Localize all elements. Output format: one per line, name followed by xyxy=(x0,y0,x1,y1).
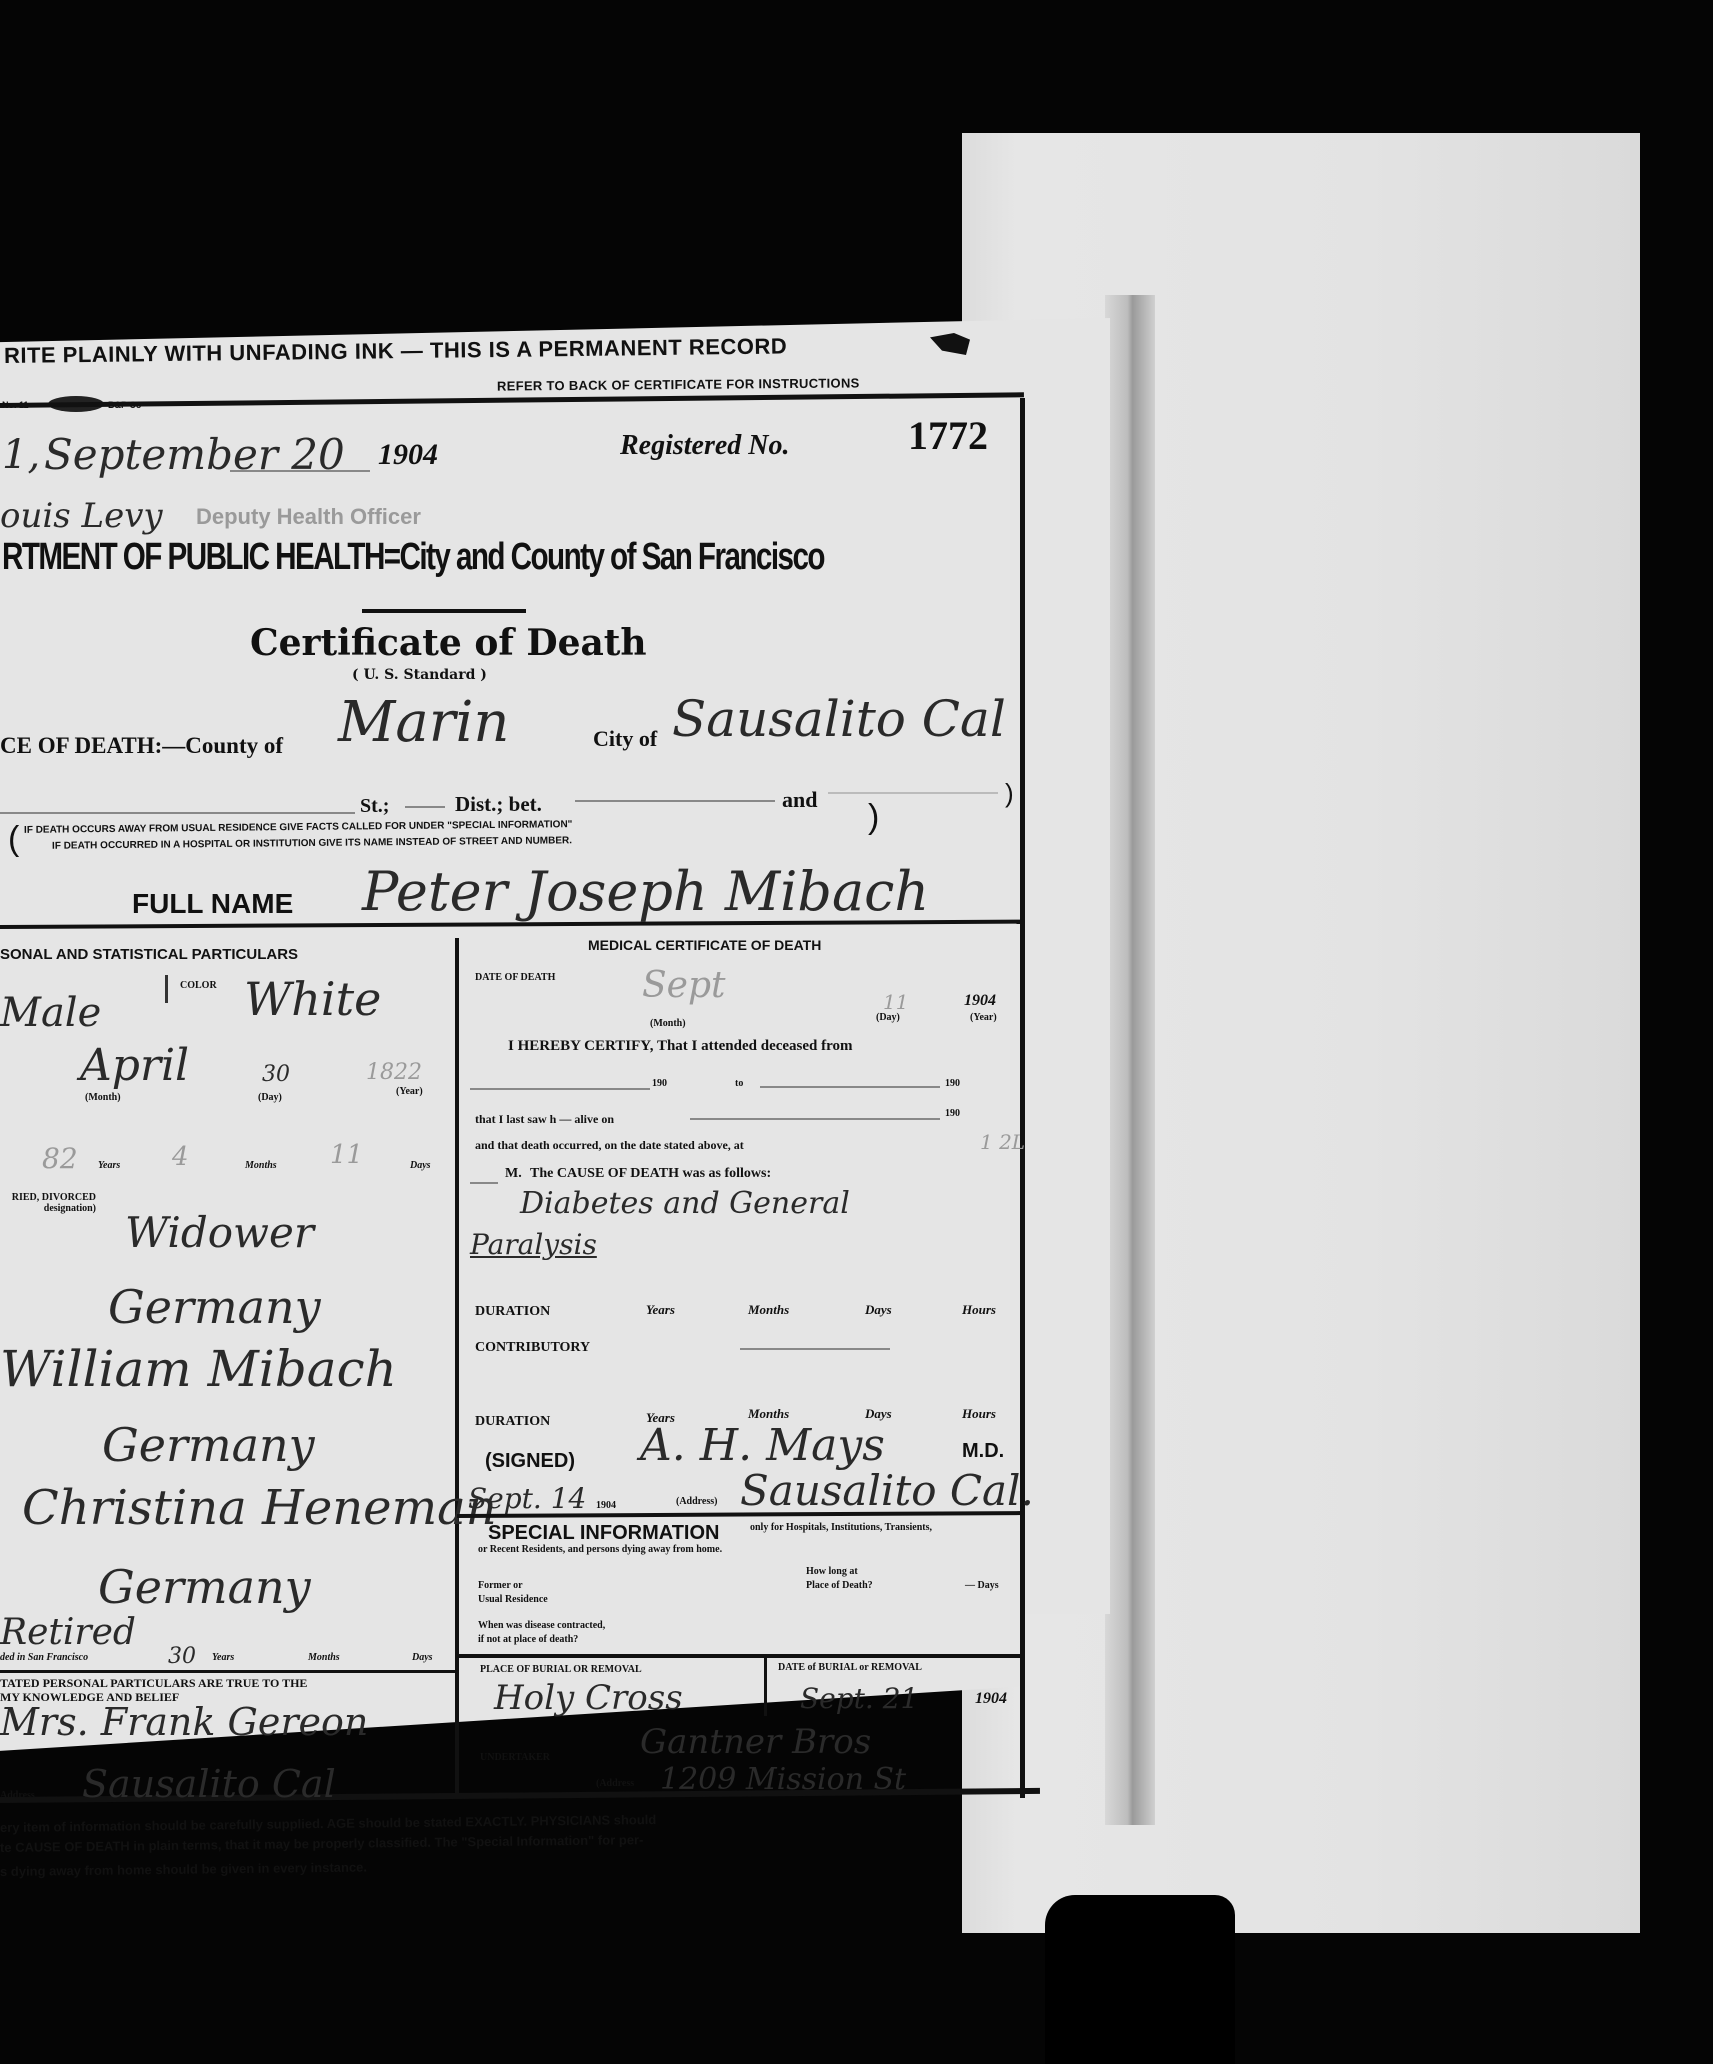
full-name-value: Peter Joseph Mibach xyxy=(362,860,929,923)
burial-rule xyxy=(457,1654,1022,1658)
duration-label: DURATION xyxy=(475,1304,550,1320)
age-months: 4 xyxy=(172,1142,189,1172)
cause-label: The CAUSE OF DEATH was as follows: xyxy=(530,1166,771,1182)
color-value: White xyxy=(244,972,381,1026)
duration-hours: Hours xyxy=(962,1302,996,1318)
note-open-paren: ( xyxy=(8,820,19,859)
age-days: 11 xyxy=(330,1140,363,1170)
to-year: 190 xyxy=(945,1078,960,1089)
department-title: RTMENT OF PUBLIC HEALTH=City and County … xyxy=(2,536,824,579)
duration-days: Days xyxy=(865,1302,892,1318)
informant-address-label: Address xyxy=(0,1790,35,1801)
city-label: City of xyxy=(593,726,657,752)
age-days-label: Days xyxy=(410,1160,431,1171)
residence-months-label: Months xyxy=(308,1652,340,1663)
and-label: and xyxy=(782,787,817,813)
health-officer-signature: ouis Levy xyxy=(0,496,163,536)
medical-heading: MEDICAL CERTIFICATE OF DEATH xyxy=(588,937,821,953)
and-line xyxy=(828,792,998,794)
contracted-label-2: if not at place of death? xyxy=(478,1634,578,1645)
dark-occlusion xyxy=(1045,1895,1235,2064)
md-label: M.D. xyxy=(962,1440,1004,1463)
filed-year: 1904 xyxy=(378,438,438,472)
footer-line-3: s dying away from home should be given i… xyxy=(0,1860,367,1879)
death-year: 1904 xyxy=(964,992,996,1010)
am-pm-label: M. xyxy=(505,1166,522,1182)
age-years-label: Years xyxy=(98,1160,120,1171)
marital-status-label: RIED, DIVORCED designation) xyxy=(4,1192,96,1214)
footer-line-1: ery item of information should be carefu… xyxy=(0,1812,656,1835)
date-of-death-label: DATE OF DEATH xyxy=(475,972,555,983)
informant-name: Mrs. Frank Gereon xyxy=(0,1700,368,1744)
street-line xyxy=(0,812,355,814)
footer-line-2: te CAUSE OF DEATH in plain terms, that i… xyxy=(0,1832,643,1855)
registered-label: Registered No. xyxy=(620,430,790,462)
undertaker-value: Gantner Bros xyxy=(640,1722,871,1762)
color-label: COLOR xyxy=(180,980,217,991)
marital-status-value: Widower xyxy=(125,1208,314,1257)
birth-year: 1822 xyxy=(366,1060,422,1085)
duration2-hours: Hours xyxy=(962,1406,996,1422)
undertaker-address: 1209 Mission St xyxy=(660,1762,906,1797)
burial-place-value: Holy Cross xyxy=(494,1678,683,1718)
frame-right-rule xyxy=(1020,398,1025,1798)
sex-value: Male xyxy=(0,990,101,1036)
physician-address: Sausalito Cal. xyxy=(740,1466,1034,1515)
contributory-label: CONTRIBUTORY xyxy=(475,1340,590,1356)
contributory-line xyxy=(740,1348,890,1350)
mother-name-value: Christina Heneman xyxy=(22,1480,497,1536)
occupation-value: Retired xyxy=(0,1612,136,1653)
signed-label: (SIGNED) xyxy=(485,1450,575,1473)
last-saw-year: 190 xyxy=(945,1108,960,1119)
from-year: 190 xyxy=(652,1078,667,1089)
former-residence-label-2: Usual Residence xyxy=(478,1594,548,1605)
special-info-note: only for Hospitals, Institutions, Transi… xyxy=(750,1522,932,1533)
to-label: to xyxy=(735,1078,743,1089)
informant-rule xyxy=(0,1670,456,1673)
district-label: Dist.; bet. xyxy=(455,792,542,817)
cause-line-2: Paralysis xyxy=(470,1228,597,1261)
registered-number: 1772 xyxy=(908,412,988,459)
duration-months: Months xyxy=(748,1302,789,1318)
district-line xyxy=(575,800,775,802)
burial-year: 1904 xyxy=(975,1690,1007,1708)
contracted-label-1: When was disease contracted, xyxy=(478,1620,605,1631)
place-of-death-label: CE OF DEATH:—County of xyxy=(0,733,283,759)
father-name-value: William Mibach xyxy=(0,1340,397,1398)
duration-years: Years xyxy=(646,1302,675,1318)
residence-years-label: Years xyxy=(212,1652,234,1663)
cause-line-1: Diabetes and General xyxy=(520,1186,850,1221)
health-officer-title: Deputy Health Officer xyxy=(196,504,421,530)
am-pm-line xyxy=(470,1182,498,1184)
how-long-label-1: How long at xyxy=(806,1566,858,1577)
death-year-label: (Year) xyxy=(970,1012,997,1023)
birth-month-label: (Month) xyxy=(85,1092,121,1103)
burial-divider xyxy=(764,1656,767,1716)
birthplace-value: Germany xyxy=(108,1280,321,1334)
title-divider xyxy=(362,609,526,613)
informant-heading-1: TATED PERSONAL PARTICULARS ARE TRUE TO T… xyxy=(0,1676,307,1691)
burial-date-label: DATE of BURIAL or REMOVAL xyxy=(778,1662,922,1673)
birth-year-label: (Year) xyxy=(396,1086,423,1097)
death-month: Sept xyxy=(642,965,725,1006)
closing-paren: ) xyxy=(1005,778,1014,809)
special-info-subnote: or Recent Residents, and persons dying a… xyxy=(478,1544,722,1555)
note-close-paren: ) xyxy=(868,798,879,837)
death-day: 11 xyxy=(883,990,908,1014)
last-saw-text: that I last saw h — alive on xyxy=(475,1112,614,1127)
death-occurred-text: and that death occurred, on the date sta… xyxy=(475,1138,744,1153)
county-value: Marin xyxy=(338,690,509,755)
undertaker-address-label: (Address xyxy=(596,1778,634,1789)
death-day-label: (Day) xyxy=(876,1012,900,1023)
sex-color-divider xyxy=(165,975,168,1003)
filed-prefix: 1, xyxy=(2,432,40,478)
special-info-heading: SPECIAL INFORMATION xyxy=(488,1522,719,1545)
city-value: Sausalito Cal xyxy=(672,690,1006,748)
certificate-title: Certificate of Death xyxy=(250,622,647,664)
filed-date-line xyxy=(230,470,370,472)
page-fold-shadow xyxy=(1105,295,1155,1825)
residence-label: ded in San Francisco xyxy=(0,1652,88,1663)
certify-text: I HEREBY CERTIFY, That I attended deceas… xyxy=(508,1038,853,1055)
mother-birthplace-value: Germany xyxy=(98,1560,311,1614)
physician-address-label: (Address) xyxy=(676,1496,717,1507)
duration2-label: DURATION xyxy=(475,1414,550,1430)
birth-day: 30 xyxy=(262,1062,290,1087)
former-residence-label-1: Former or xyxy=(478,1580,523,1591)
full-name-label: FULL NAME xyxy=(132,888,293,920)
residence-years: 30 xyxy=(168,1644,196,1669)
how-long-days-label: — Days xyxy=(965,1580,999,1591)
personal-heading: SONAL AND STATISTICAL PARTICULARS xyxy=(0,946,298,963)
attended-to-line xyxy=(760,1086,940,1088)
instructions-note: REFER TO BACK OF CERTIFICATE FOR INSTRUC… xyxy=(497,375,860,393)
street-dist-line xyxy=(405,806,445,808)
physician-signature: A. H. Mays xyxy=(640,1420,885,1471)
time-of-death: 1 2L xyxy=(980,1130,1025,1154)
burial-date: Sept. 21 xyxy=(800,1682,918,1715)
signed-date: Sept. 14 xyxy=(468,1482,586,1515)
undertaker-label: UNDERTAKER xyxy=(480,1752,550,1763)
certificate-subtitle: ( U. S. Standard ) xyxy=(352,667,487,683)
death-month-label: (Month) xyxy=(650,1018,686,1029)
column-divider xyxy=(455,938,459,1798)
residence-days-label: Days xyxy=(412,1652,433,1663)
age-years: 82 xyxy=(42,1142,78,1175)
last-saw-line xyxy=(690,1118,940,1120)
age-months-label: Months xyxy=(245,1160,277,1171)
attended-from-line xyxy=(470,1088,650,1090)
signed-year: 1904 xyxy=(596,1500,616,1511)
birth-day-label: (Day) xyxy=(258,1092,282,1103)
burial-place-label: PLACE OF BURIAL OR REMOVAL xyxy=(480,1664,642,1675)
father-birthplace-value: Germany xyxy=(102,1418,315,1472)
street-label: St.; xyxy=(360,795,389,818)
how-long-label-2: Place of Death? xyxy=(806,1580,873,1591)
informant-address: Sausalito Cal xyxy=(82,1762,336,1806)
birth-month: April xyxy=(80,1040,189,1091)
